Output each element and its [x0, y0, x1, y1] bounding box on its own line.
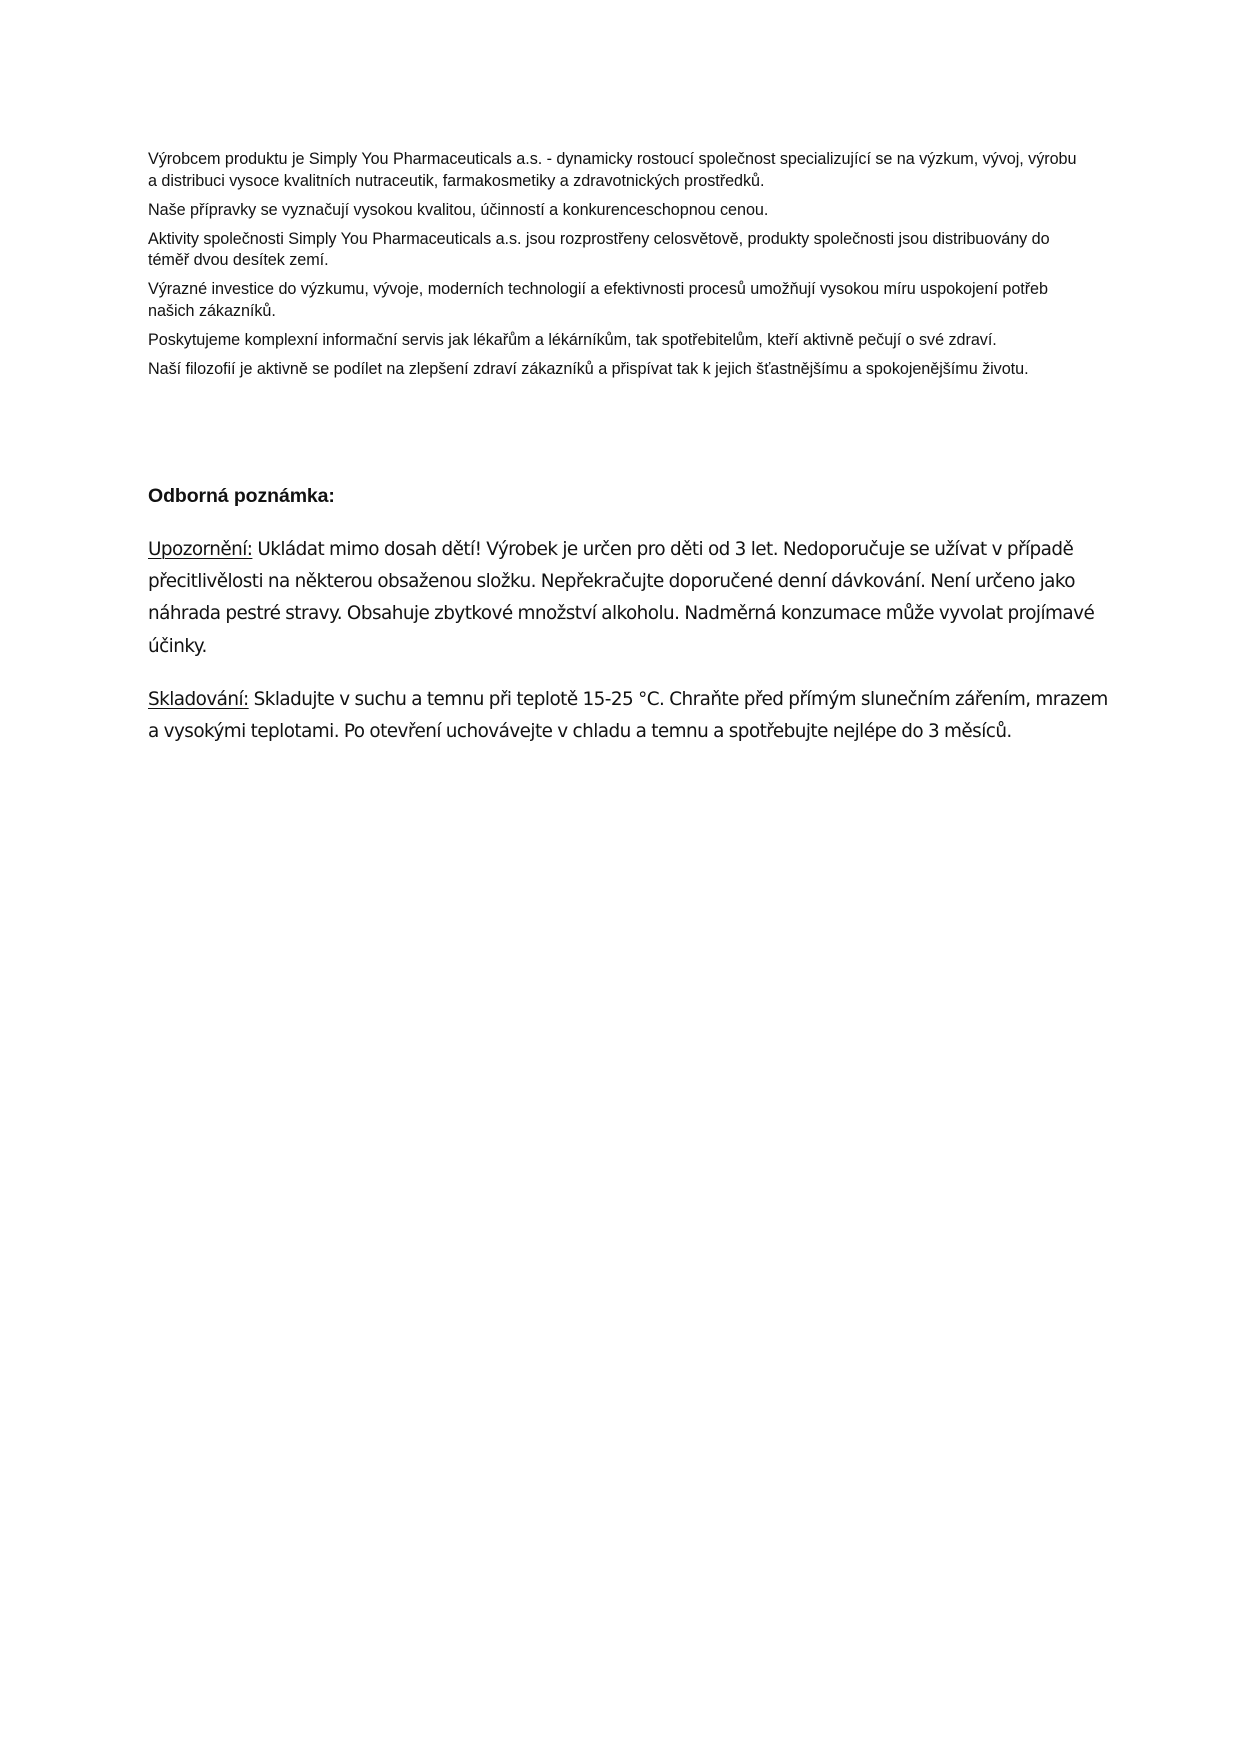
company-intro: Výrobcem produktu je Simply You Pharmace… — [148, 149, 1088, 388]
intro-paragraph-philosophy: Naší filozofií je aktivně se podílet na … — [148, 359, 1088, 381]
document-page: Výrobcem produktu je Simply You Pharmace… — [0, 0, 1240, 1754]
warning-label: Upozornění: — [148, 539, 252, 560]
warning-text: Ukládat mimo dosah dětí! Výrobek je urče… — [148, 539, 1094, 657]
intro-paragraph-investments: Výrazné investice do výzkumu, vývoje, mo… — [148, 279, 1088, 322]
storage-text: Skladujte v suchu a temnu při teplotě 15… — [148, 689, 1108, 742]
expert-note-heading: Odborná poznámka: — [148, 483, 335, 509]
storage-section: Skladování: Skladujte v suchu a temnu př… — [148, 684, 1108, 748]
intro-paragraph-activities: Aktivity společnosti Simply You Pharmace… — [148, 229, 1088, 272]
intro-paragraph-service: Poskytujeme komplexní informační servis … — [148, 330, 1088, 352]
intro-paragraph-quality: Naše přípravky se vyznačují vysokou kval… — [148, 200, 1088, 222]
storage-label: Skladování: — [148, 689, 249, 710]
intro-paragraph-manufacturer: Výrobcem produktu je Simply You Pharmace… — [148, 149, 1088, 192]
warning-section: Upozornění: Ukládat mimo dosah dětí! Výr… — [148, 534, 1108, 663]
